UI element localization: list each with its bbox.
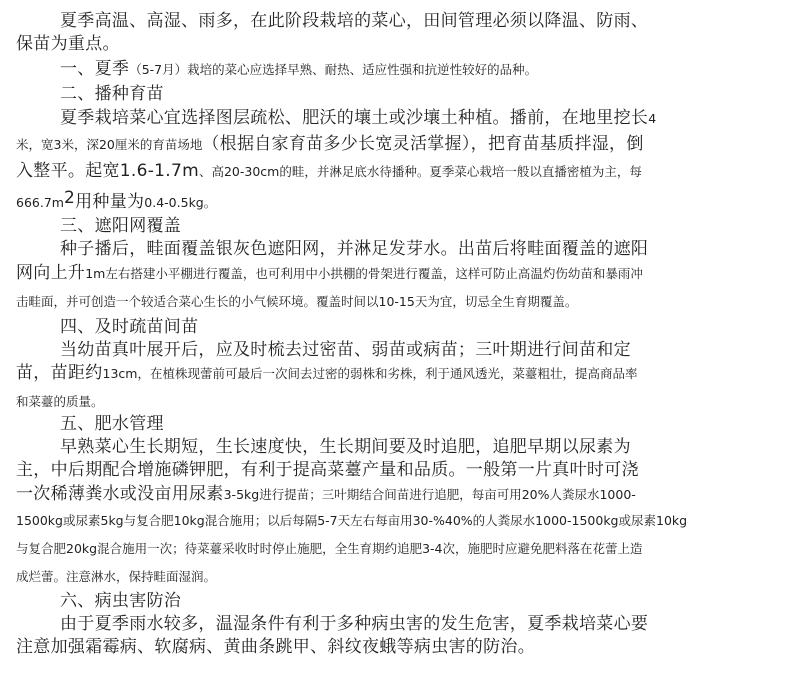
text-run: 、高20-30cm的畦，并淋足底水待播种。夏季菜心栽培一般以直播密植为主，每 (199, 164, 642, 179)
section-1-heading-detail: （5-7月）栽培的菜心应选择早熟、耐热、适应性强和抗逆性较好的品种。 (129, 62, 537, 77)
section-3-heading: 三、遮阳网覆盖 (60, 215, 181, 237)
section-4-heading: 四、及时疏苗间苗 (60, 316, 198, 338)
section-5-line-6: 成烂蕾。注意淋水，保持畦面湿润。 (16, 566, 216, 588)
text-run: 夏季栽培菜心宜选择图层疏松、肥沃的壤土或沙壤土种植。播前，在地里挖长 (60, 108, 648, 128)
intro-line-2: 保苗为重点。 (16, 33, 120, 55)
section-2-line-1: 夏季栽培菜心宜选择图层疏松、肥沃的壤土或沙壤土种植。播前，在地里挖长4 (60, 107, 656, 130)
section-3-line-1: 种子播后，畦面覆盖银灰色遮阳网，并淋足发芽水。出苗后将畦面覆盖的遮阳 (60, 238, 648, 260)
section-6-line-2: 注意加强霜霉病、软腐病、黄曲条跳甲、斜纹夜蛾等病虫害的防治。 (16, 636, 535, 658)
section-6-heading: 六、病虫害防治 (60, 590, 181, 612)
section-3-line-3: 击畦面，并可创造一个较适合菜心生长的小气候环境。覆盖时间以10-15天为宜，切忌… (16, 291, 577, 313)
section-5-line-2: 主，中后期配合增施磷钾肥，有利于提高菜薹产量和品质。一般第一片真叶时可浇 (16, 459, 639, 481)
section-3-line-2: 网向上升1m左右搭建小平棚进行覆盖，也可利用中小拱棚的骨架进行覆盖，这样可防止高… (16, 262, 643, 285)
section-4-line-1: 当幼苗真叶展开后，应及时梳去过密苗、弱苗或病苗；三叶期进行间苗和定 (60, 339, 631, 361)
section-5-line-3: 一次稀薄粪水或没亩用尿素3-5kg进行提苗；三叶期结合间苗进行追肥，每亩可用20… (16, 483, 636, 506)
text-run: 3-5kg进行提苗；三叶期结合间苗进行追肥，每亩可用20%人粪尿水1000- (224, 487, 636, 502)
section-5-line-4: 1500kg或尿素5kg与复合肥10kg混合施用；以后每隔5-7天左右每亩用30… (16, 510, 687, 532)
section-4-line-3: 和菜薹的质量。 (16, 391, 104, 413)
superscript: 2 (64, 188, 75, 208)
text-run: 4 (648, 111, 656, 126)
section-2-heading: 二、播种育苗 (60, 83, 164, 105)
text-run: 13cm，在植株现蕾前可最后一次间去过密的弱株和劣株，利于通风透光，菜薹粗壮，提… (103, 366, 638, 381)
text-run: （根据自家育苗多少长宽灵活掌握），把育苗基质拌湿，倒 (202, 134, 643, 154)
text-run: 666.7m (16, 195, 64, 210)
section-1-heading-main: 一、夏季 (60, 59, 129, 79)
text-run: 0.4-0.5kg。 (144, 195, 216, 210)
text-run: 苗，苗距约 (16, 363, 103, 383)
text-run: 一次稀薄粪水或没亩用尿素 (16, 484, 224, 504)
section-6-line-1: 由于夏季雨水较多，温湿条件有利于多种病虫害的发生危害，夏季栽培菜心要 (60, 613, 648, 635)
text-run: 用种量为 (75, 192, 144, 212)
text-run: 1m左右搭建小平棚进行覆盖，也可利用中小拱棚的骨架进行覆盖，这样可防止高温灼伤幼… (85, 266, 643, 281)
section-2-line-2: 米，宽3米，深20厘米的育苗场地（根据自家育苗多少长宽灵活掌握），把育苗基质拌湿… (16, 133, 644, 156)
section-5-line-5: 与复合肥20kg混合施用一次；待菜薹采收时时停止施肥，全生育期约追肥3-4次，施… (16, 538, 643, 560)
section-2-line-3: 入整平。起宽1.6-1.7m、高20-30cm的畦，并淋足底水待播种。夏季菜心栽… (16, 160, 642, 183)
section-2-line-4: 666.7m2用种量为0.4-0.5kg。 (16, 187, 216, 214)
article-body: 夏季高温、高湿、雨多，在此阶段栽培的菜心，田间管理必须以降温、防雨、 保苗为重点… (0, 0, 809, 693)
section-5-heading: 五、肥水管理 (60, 413, 164, 435)
intro-line-1: 夏季高温、高湿、雨多，在此阶段栽培的菜心，田间管理必须以降温、防雨、 (60, 10, 648, 32)
text-run: 网向上升 (16, 263, 85, 283)
text-run: 入整平。起宽1.6-1.7m (16, 161, 199, 181)
text-run: 米，宽3米，深20厘米的育苗场地 (16, 137, 202, 152)
section-5-line-1: 早熟菜心生长期短，生长速度快，生长期间要及时追肥，追肥早期以尿素为 (60, 436, 631, 458)
section-4-line-2: 苗，苗距约13cm，在植株现蕾前可最后一次间去过密的弱株和劣株，利于通风透光，菜… (16, 362, 637, 385)
section-1-heading: 一、夏季（5-7月）栽培的菜心应选择早熟、耐热、适应性强和抗逆性较好的品种。 (60, 58, 537, 81)
